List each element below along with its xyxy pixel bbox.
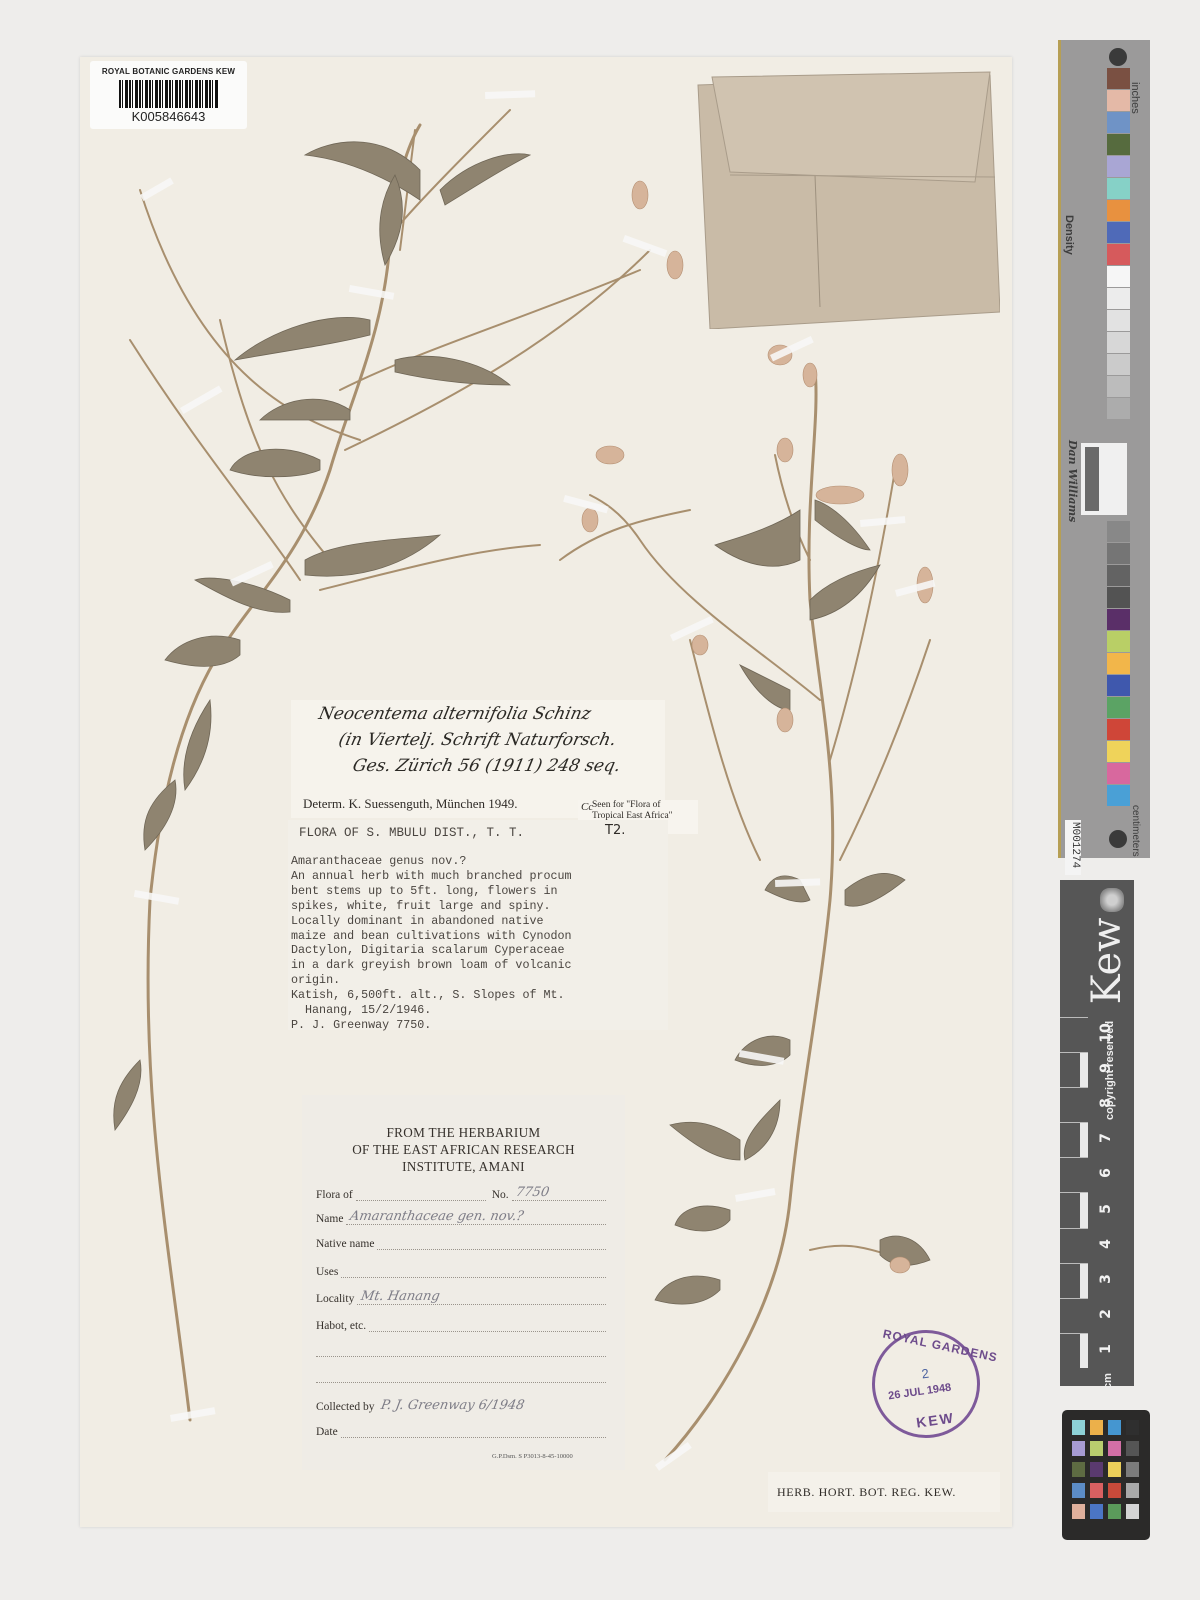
- bar-hole-bottom: [1109, 830, 1127, 848]
- scale-segment: [1060, 1263, 1088, 1298]
- fragment-envelope: [690, 67, 1000, 329]
- scale-segment: [1060, 1298, 1088, 1333]
- scale-segment: [1060, 1228, 1088, 1263]
- checker-cell: [1090, 1441, 1103, 1456]
- scale-number: 10: [1098, 1023, 1114, 1043]
- barcode: [119, 80, 219, 108]
- unit-label: cm: [1102, 1373, 1114, 1389]
- kew-logo: Kew: [1084, 906, 1130, 1016]
- herbarium-ownership-label: HERB. HORT. BOT. REG. KEW.: [768, 1472, 1000, 1512]
- color-patch: [1107, 653, 1130, 674]
- field-habitat: Habot, etc.: [316, 1314, 606, 1332]
- color-patch: [1107, 90, 1130, 111]
- checker-cell: [1072, 1462, 1085, 1477]
- citation-line-2: Ges. Zürich 56 (1911) 248 seq.: [351, 756, 623, 776]
- color-patch: [1107, 200, 1130, 221]
- stamp-date: 26 JUL 1948: [888, 1382, 952, 1403]
- barcode-label: ROYAL BOTANIC GARDENS KEW K005846643: [90, 61, 247, 129]
- barcode-number: K005846643: [90, 109, 247, 124]
- collection-description: Amaranthaceae genus nov.? An annual herb…: [291, 854, 572, 1033]
- checker-cell: [1108, 1462, 1121, 1477]
- blank-line: [316, 1382, 606, 1383]
- scale-segment: [1060, 1157, 1088, 1192]
- scale-segment: [1060, 1192, 1088, 1227]
- color-patch: [1107, 741, 1130, 762]
- checker-cell: [1072, 1420, 1085, 1435]
- color-patch: [1107, 565, 1130, 586]
- determiner-line: Determ. K. Suessenguth, München 1949.: [303, 796, 517, 812]
- color-patch: [1107, 719, 1130, 740]
- field-collected-by: Collected by P. J. Greenway 6/1948: [316, 1395, 606, 1413]
- scale-segment: [1060, 1052, 1088, 1087]
- checker-cell: [1090, 1420, 1103, 1435]
- color-calibration-bar: inches Density Dan Williams centimeters …: [1058, 40, 1150, 858]
- checker-cell: [1090, 1483, 1103, 1498]
- checker-cell: [1126, 1504, 1139, 1519]
- color-patch: [1107, 354, 1130, 375]
- scale-number: 3: [1098, 1269, 1114, 1289]
- scale-segment: [1060, 1122, 1088, 1157]
- checker-cell: [1090, 1462, 1103, 1477]
- scale-number: 9: [1098, 1058, 1114, 1078]
- color-patch: [1107, 631, 1130, 652]
- checker-cell: [1072, 1441, 1085, 1456]
- brand-label: Dan Williams: [1066, 440, 1079, 522]
- color-patch: [1107, 68, 1130, 89]
- centimeters-label: centimeters: [1130, 805, 1141, 857]
- color-patch: [1107, 609, 1130, 630]
- color-patch: [1107, 376, 1130, 397]
- color-patch: [1107, 310, 1130, 331]
- color-patch: [1107, 763, 1130, 784]
- citation-line-1: (in Viertelj. Schrift Naturforsch.: [337, 730, 618, 750]
- field-native-name: Native name: [316, 1232, 606, 1250]
- checker-cell: [1108, 1441, 1121, 1456]
- scale-number: 5: [1098, 1199, 1114, 1219]
- color-patch: [1107, 587, 1130, 608]
- checker-cell: [1090, 1504, 1103, 1519]
- density-label: Density: [1063, 215, 1075, 255]
- printer-mark: G.P.Dsm. S P3013-8-45-10000: [492, 1453, 573, 1460]
- checker-cell: [1108, 1420, 1121, 1435]
- initials: Cc: [581, 802, 593, 813]
- color-patch: [1107, 222, 1130, 243]
- checker-cell: [1108, 1504, 1121, 1519]
- scale-number: 8: [1098, 1093, 1114, 1113]
- institution-name: ROYAL BOTANIC GARDENS KEW: [90, 67, 247, 76]
- seen-line-1: Seen for "Flora of: [578, 800, 698, 811]
- bar-hole-top: [1109, 48, 1127, 66]
- checker-cell: [1072, 1504, 1085, 1519]
- color-patch: [1107, 134, 1130, 155]
- color-patch: [1107, 112, 1130, 133]
- scale-number: 7: [1098, 1128, 1114, 1148]
- amani-herbarium-label: FROM THE HERBARIUM OF THE EAST AFRICAN R…: [302, 1095, 625, 1470]
- field-flora-of: Flora of No. 7750: [316, 1183, 606, 1201]
- scale-number: 4: [1098, 1234, 1114, 1254]
- checker-cell: [1126, 1420, 1139, 1435]
- stamp-number: 2: [921, 1366, 930, 1382]
- scale-number: 6: [1098, 1163, 1114, 1183]
- flora-heading: FLORA OF S. MBULU DIST., T. T.: [299, 826, 524, 840]
- checker-cell: [1126, 1483, 1139, 1498]
- field-locality: Locality Mt. Hanang: [316, 1287, 606, 1305]
- label-heading-3: INSTITUTE, AMANI: [302, 1159, 625, 1175]
- label-heading-1: FROM THE HERBARIUM: [302, 1125, 625, 1141]
- field-date: Date: [316, 1420, 606, 1438]
- scale-segment: [1060, 1017, 1088, 1052]
- color-patch: [1107, 543, 1130, 564]
- color-patch: [1107, 156, 1130, 177]
- color-patch: [1107, 178, 1130, 199]
- field-name: Name Amaranthaceae gen. nov.?: [316, 1207, 606, 1225]
- blank-line: [316, 1356, 606, 1357]
- color-patch: [1107, 288, 1130, 309]
- scale-segment: [1060, 1087, 1088, 1122]
- kew-scale-bar: Kew copyright reserved cm 10987654321: [1060, 880, 1134, 1386]
- checker-cell: [1126, 1441, 1139, 1456]
- color-patch: [1107, 675, 1130, 696]
- inches-label: inches: [1129, 82, 1141, 114]
- stamp-bottom-text: KEW: [915, 1409, 956, 1430]
- color-patch: [1107, 332, 1130, 353]
- scale-segments: [1060, 1017, 1088, 1368]
- color-patch: [1107, 697, 1130, 718]
- scale-segment: [1060, 1333, 1088, 1368]
- checker-cell: [1126, 1462, 1139, 1477]
- scale-number: 1: [1098, 1339, 1114, 1359]
- specimen-number: 7750: [514, 1185, 550, 1200]
- checker-cell: [1072, 1483, 1085, 1498]
- color-checker-card: [1062, 1410, 1150, 1540]
- collection-label: FLORA OF S. MBULU DIST., T. T. T2. Amara…: [288, 820, 668, 1030]
- color-patch: [1107, 785, 1130, 806]
- color-patches: [1107, 68, 1130, 807]
- colorbar-id: M001274: [1065, 820, 1081, 875]
- scale-number: 2: [1098, 1304, 1114, 1324]
- focus-target: [1081, 443, 1127, 515]
- label-heading-2: OF THE EAST AFRICAN RESEARCH: [302, 1142, 625, 1158]
- color-patch: [1107, 521, 1130, 542]
- color-patch: [1107, 398, 1130, 419]
- field-uses: Uses: [316, 1260, 606, 1278]
- taxon-name-handwritten: Neocentema alternifolia Schinz: [317, 704, 593, 724]
- checker-cell: [1108, 1483, 1121, 1498]
- color-patch: [1107, 244, 1130, 265]
- region-code: T2.: [605, 823, 625, 838]
- color-patch: [1107, 266, 1130, 287]
